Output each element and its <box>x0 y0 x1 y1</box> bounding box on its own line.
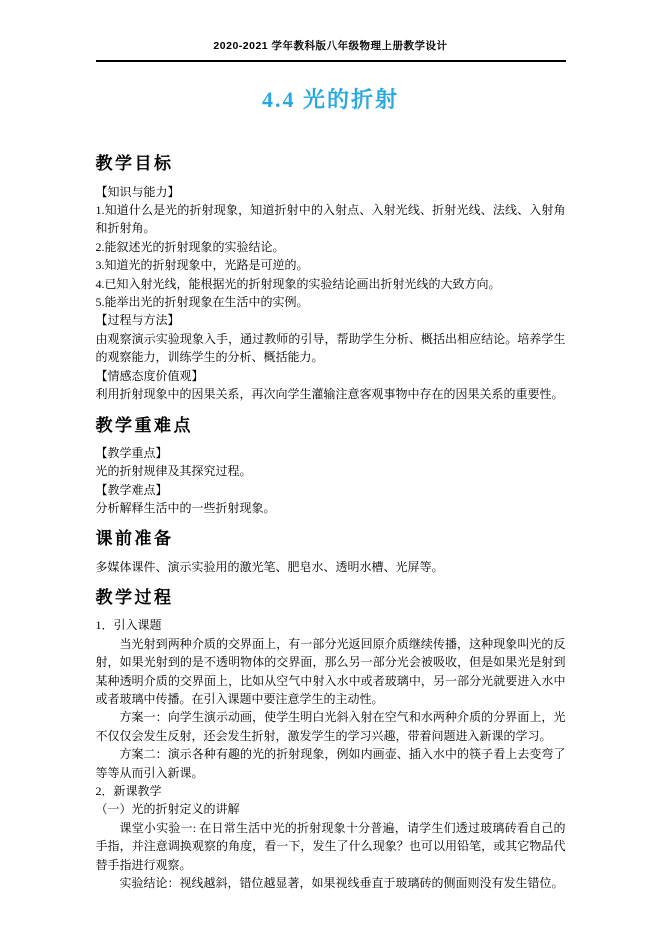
doc-paragraph: 分析解释生活中的一些折射现象。 <box>96 499 566 517</box>
doc-paragraph: 方案一：向学生演示动画，使学生明白光斜入射在空气和水两种介质的分界面上，光不仅仅… <box>96 708 566 745</box>
section-heading: 教学目标 <box>96 153 566 174</box>
section-pre-class-preparation: 课前准备 多媒体课件、演示实验用的激光笔、肥皂水、透明水槽、光屏等。 <box>96 528 566 576</box>
doc-paragraph: 实验结论：视线越斜，错位越显著，如果视线垂直于玻璃砖的侧面则没有发生错位。 <box>96 874 566 892</box>
doc-paragraph: 5.能举出光的折射现象在生活中的实例。 <box>96 293 566 311</box>
page-header: 2020-2021 学年教科版八年级物理上册教学设计 <box>96 38 566 62</box>
doc-paragraph: 2．新课教学 <box>96 782 566 800</box>
doc-paragraph: 1．引入课题 <box>96 616 566 634</box>
doc-paragraph: 课堂小实验一: 在日常生活中光的折射现象十分普遍，请学生们透过玻璃砖看自己的手指… <box>96 819 566 874</box>
section-heading: 教学重难点 <box>96 415 566 436</box>
section-teaching-objectives: 教学目标 【知识与能力】 1.知道什么是光的折射现象，知道折射中的入射点、入射光… <box>96 153 566 403</box>
doc-paragraph: 由观察演示实验现象入手，通过教师的引导，帮助学生分析、概括出相应结论。培养学生的… <box>96 330 566 367</box>
section-heading: 课前准备 <box>96 528 566 549</box>
header-text: 2020-2021 学年教科版八年级物理上册教学设计 <box>96 38 566 53</box>
section-teaching-process: 教学过程 1．引入课题 当光射到两种介质的交界面上，有一部分光返回原介质继续传播… <box>96 587 566 892</box>
doc-paragraph: （一）光的折射定义的讲解 <box>96 800 566 818</box>
doc-paragraph: 1.知道什么是光的折射现象，知道折射中的入射点、入射光线、折射光线、法线、入射角… <box>96 201 566 238</box>
doc-paragraph: 方案二：演示各种有趣的光的折射现象，例如内画壶、插入水中的筷子看上去变弯了等等从… <box>96 745 566 782</box>
section-key-difficult-points: 教学重难点 【教学重点】 光的折射规律及其探究过程。 【教学难点】 分析解释生活… <box>96 415 566 518</box>
document-page: 2020-2021 学年教科版八年级物理上册教学设计 4.4 光的折射 教学目标… <box>96 0 566 892</box>
doc-paragraph: 【教学难点】 <box>96 481 566 499</box>
doc-paragraph: 多媒体课件、演示实验用的激光笔、肥皂水、透明水槽、光屏等。 <box>96 558 566 576</box>
doc-paragraph: 3.知道光的折射现象中，光路是可逆的。 <box>96 256 566 274</box>
doc-paragraph: 【情感态度价值观】 <box>96 367 566 385</box>
section-heading: 教学过程 <box>96 587 566 608</box>
doc-paragraph: 利用折射现象中的因果关系，再次向学生灌输注意客观事物中存在的因果关系的重要性。 <box>96 385 566 403</box>
page-title: 4.4 光的折射 <box>96 87 566 113</box>
doc-paragraph: 【知识与能力】 <box>96 183 566 201</box>
doc-paragraph: 【教学重点】 <box>96 444 566 462</box>
doc-paragraph: 当光射到两种介质的交界面上，有一部分光返回原介质继续传播，这种现象叫光的反射，如… <box>96 635 566 709</box>
doc-paragraph: 【过程与方法】 <box>96 311 566 329</box>
doc-paragraph: 4.已知入射光线，能根据光的折射现象的实验结论画出折射光线的大致方向。 <box>96 275 566 293</box>
doc-paragraph: 2.能叙述光的折射现象的实验结论。 <box>96 238 566 256</box>
doc-paragraph: 光的折射规律及其探究过程。 <box>96 462 566 480</box>
